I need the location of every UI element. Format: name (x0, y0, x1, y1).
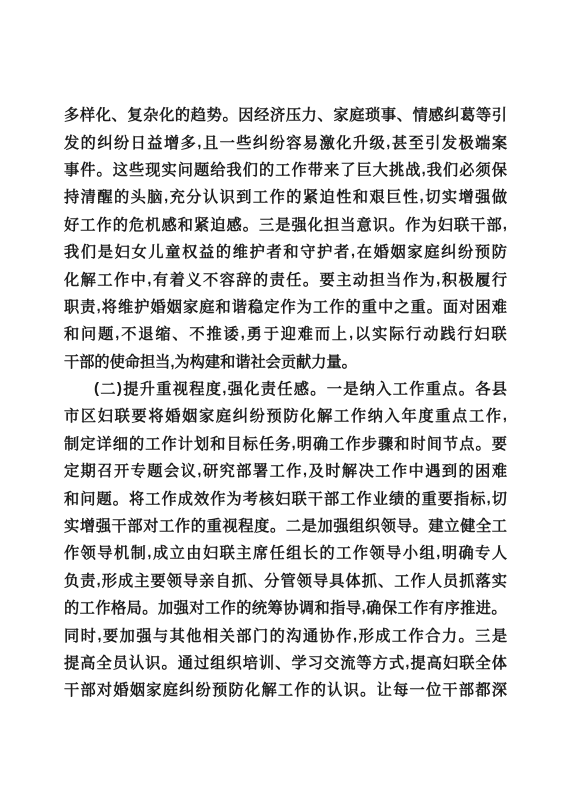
text-line: 我们是妇女儿童权益的维护者和守护者,在婚姻家庭纠纷预防 (64, 238, 507, 265)
text-line: 干部的使命担当,为构建和谐社会贡献力量。 (64, 348, 507, 375)
text-line: 和问题。将工作成效作为考核妇联干部工作业绩的重要指标,切 (64, 484, 507, 511)
text-line: 同时,要加强与其他相关部门的沟通协作,形成工作合力。三是 (64, 621, 507, 648)
text-line: 职责,将维护婚姻家庭和谐稳定作为工作的重中之重。面对困难 (64, 293, 507, 320)
text-line: 和问题,不退缩、不推诿,勇于迎难而上,以实际行动践行妇联 (64, 320, 507, 347)
text-line: 的工作格局。加强对工作的统筹协调和指导,确保工作有序推进。 (64, 594, 507, 621)
text-line: 好工作的危机感和紧迫感。三是强化担当意识。作为妇联干部, (64, 211, 507, 238)
document-page: 多样化、复杂化的趋势。因经济压力、家庭琐事、情感纠葛等引发的纠纷日益增多,且一些… (0, 0, 570, 807)
text-line: 提高全员认识。通过组织培训、学习交流等方式,提高妇联全体 (64, 649, 507, 676)
text-line: 制定详细的工作计划和目标任务,明确工作步骤和时间节点。要 (64, 430, 507, 457)
document-body: 多样化、复杂化的趋势。因经济压力、家庭琐事、情感纠葛等引发的纠纷日益增多,且一些… (64, 101, 507, 704)
text-line: 市区妇联要将婚姻家庭纠纷预防化解工作纳入年度重点工作, (64, 402, 507, 429)
text-line: 实增强干部对工作的重视程度。二是加强组织领导。建立健全工 (64, 512, 507, 539)
text-line: 化解工作中,有着义不容辞的责任。要主动担当作为,积极履行 (64, 265, 507, 292)
text-line: 干部对婚姻家庭纠纷预防化解工作的认识。让每一位干部都深 (64, 676, 507, 703)
text-line: 持清醒的头脑,充分认识到工作的紧迫性和艰巨性,切实增强做 (64, 183, 507, 210)
text-line: 负责,形成主要领导亲自抓、分管领导具体抓、工作人员抓落实 (64, 567, 507, 594)
text-line: 作领导机制,成立由妇联主席任组长的工作领导小组,明确专人 (64, 539, 507, 566)
text-line: 发的纠纷日益增多,且一些纠纷容易激化升级,甚至引发极端案 (64, 128, 507, 155)
text-line: 多样化、复杂化的趋势。因经济压力、家庭琐事、情感纠葛等引 (64, 101, 507, 128)
text-line: 定期召开专题会议,研究部署工作,及时解决工作中遇到的困难 (64, 457, 507, 484)
text-line: (二)提升重视程度,强化责任感。一是纳入工作重点。各县 (64, 375, 507, 402)
text-line: 事件。这些现实问题给我们的工作带来了巨大挑战,我们必须保 (64, 156, 507, 183)
